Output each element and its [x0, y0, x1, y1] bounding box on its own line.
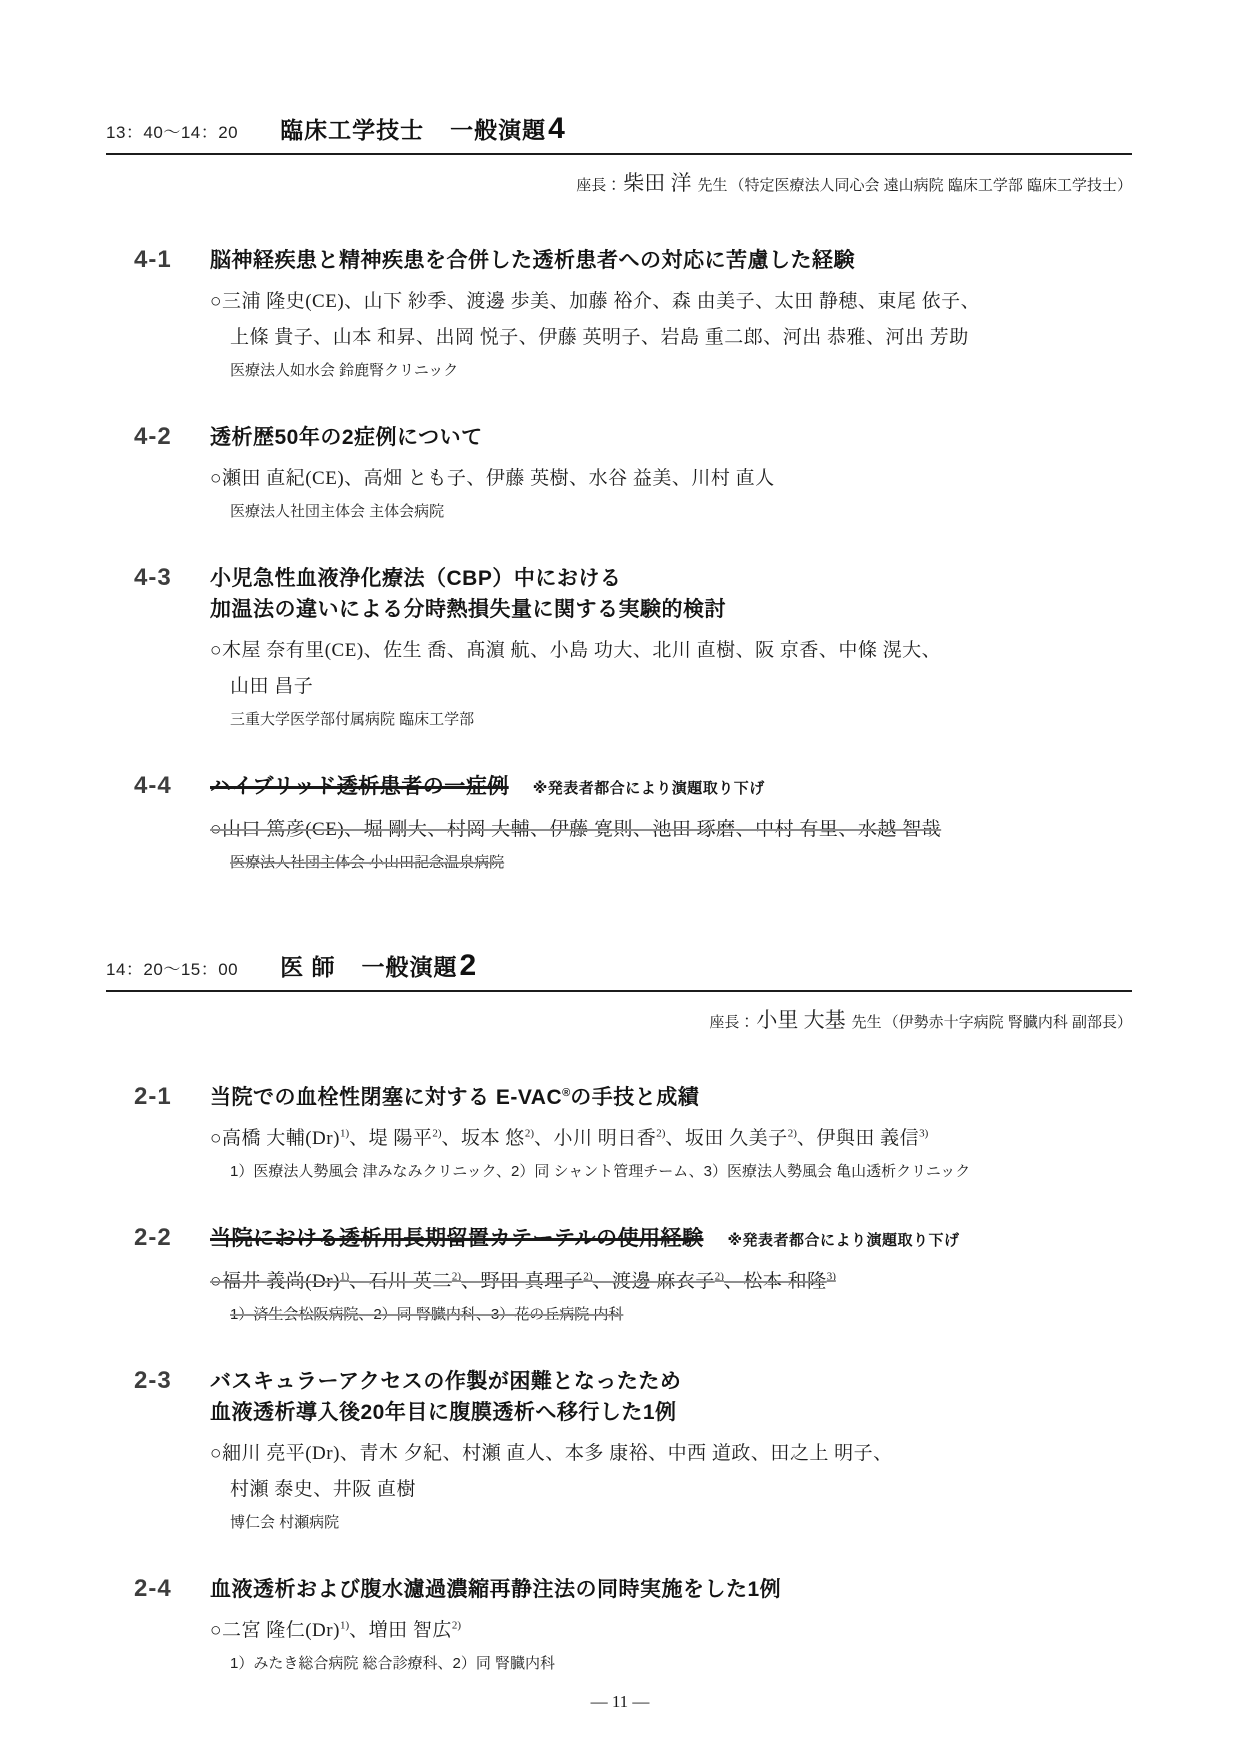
session-ce-general-4: 13：40～14：20 臨床工学技士一般演題4 座長：柴田 洋先生（特定医療法人…: [106, 112, 1132, 874]
affiliation: 医療法人社団主体会 主体会病院: [210, 501, 1132, 523]
title-text: 血液透析および腹水濾過濃縮再静注法の同時実施をした1例: [210, 1578, 781, 1601]
session-category: 医 師: [280, 954, 335, 980]
presentation-number: 4-3: [134, 563, 210, 731]
author-line: ○瀬田 直紀(CE)、高畑 とも子、伊藤 英樹、水谷 益美、川村 直人: [210, 461, 1132, 497]
affiliation: 1）みたき総合病院 総合診療科、2）同 腎臓内科: [210, 1653, 1132, 1675]
presentation-title: 当院での血栓性閉塞に対する E-VAC®の手技と成績: [210, 1082, 1132, 1113]
chair-name: 小里 大基: [756, 1008, 845, 1032]
presentation-body: バスキュラーアクセスの作製が困難となったため 血液透析導入後20年目に腹膜透析へ…: [210, 1366, 1132, 1534]
presentation-body: ハイブリッド透析患者の一症例※発表者都合により演題取り下げ ○山口 篤彦(CE)…: [210, 771, 1132, 874]
session-header: 13：40～14：20 臨床工学技士一般演題4: [106, 112, 1132, 146]
presentation-title: 血液透析導入後20年目に腹膜透析へ移行した1例: [210, 1397, 1132, 1428]
author-line: 村瀬 泰史、井阪 直樹: [210, 1472, 1132, 1508]
affiliation-struck: 医療法人社団主体会 小山田記念温泉病院: [210, 852, 1132, 874]
presentation-4-4-withdrawn: 4-4 ハイブリッド透析患者の一症例※発表者都合により演題取り下げ ○山口 篤彦…: [134, 771, 1132, 874]
affiliation: 三重大学医学部付属病院 臨床工学部: [210, 709, 1132, 731]
presentation-2-2-withdrawn: 2-2 当院における透析用長期留置カテーテルの使用経験※発表者都合により演題取り…: [134, 1223, 1132, 1326]
presentation-number: 2-3: [134, 1366, 210, 1534]
presentation-title: 脳神経疾患と精神疾患を合併した透析患者への対応に苦慮した経験: [210, 245, 1132, 276]
author-line: ○三浦 隆史(CE)、山下 紗季、渡邊 歩美、加藤 裕介、森 由美子、太田 静穂…: [210, 284, 1132, 320]
chair-line: 座長：柴田 洋先生（特定医療法人同心会 遠山病院 臨床工学部 臨床工学技士）: [106, 167, 1132, 197]
presentation-body: 小児急性血液浄化療法（CBP）中における 加温法の違いによる分時熱損失量に関する…: [210, 563, 1132, 731]
presentation-title: ハイブリッド透析患者の一症例※発表者都合により演題取り下げ: [210, 771, 1132, 804]
presentation-body: 脳神経疾患と精神疾患を合併した透析患者への対応に苦慮した経験 ○三浦 隆史(CE…: [210, 245, 1132, 382]
affiliation-struck: 1）済生会松阪病院、2）同 腎臓内科、3）花の丘病院 内科: [210, 1304, 1132, 1326]
title-text: 血液透析導入後20年目に腹膜透析へ移行した1例: [210, 1401, 677, 1424]
session-rule: [106, 990, 1132, 992]
page-number: — 11 —: [0, 1692, 1240, 1712]
author-line: ○二宮 隆仁(Dr)1)、増田 智広2): [210, 1613, 1132, 1649]
presentation-2-3: 2-3 バスキュラーアクセスの作製が困難となったため 血液透析導入後20年目に腹…: [134, 1366, 1132, 1534]
title-text-struck: 当院における透析用長期留置カテーテルの使用経験: [210, 1227, 703, 1250]
author-line: ○高橋 大輔(Dr)1)、堤 陽平2)、坂本 悠2)、小川 明日香2)、坂田 久…: [210, 1121, 1132, 1157]
author-line-struck: ○山口 篤彦(CE)、堀 剛大、村岡 大輔、伊藤 寛則、池田 琢磨、中村 有里、…: [210, 812, 1132, 848]
presentation-number: 4-2: [134, 422, 210, 523]
presentation-number: 4-4: [134, 771, 210, 874]
title-text: 小児急性血液浄化療法（CBP）中における: [210, 567, 621, 590]
presentation-body: 透析歴50年の2症例について ○瀬田 直紀(CE)、高畑 とも子、伊藤 英樹、水…: [210, 422, 1132, 523]
session-series-number: 4: [548, 112, 566, 145]
session-series-number: 2: [460, 949, 478, 982]
title-text: 脳神経疾患と精神疾患を合併した透析患者への対応に苦慮した経験: [210, 249, 855, 272]
session-time: 13：40～14：20: [106, 118, 238, 143]
presentation-title: 小児急性血液浄化療法（CBP）中における: [210, 563, 1132, 594]
session-doctor-general-2: 14：20～15：00 医 師一般演題2 座長：小里 大基先生（伊勢赤十字病院 …: [106, 949, 1132, 1675]
presentation-title: 当院における透析用長期留置カテーテルの使用経験※発表者都合により演題取り下げ: [210, 1223, 1132, 1256]
session-time: 14：20～15：00: [106, 955, 238, 980]
author-line: ○木屋 奈有里(CE)、佐生 喬、髙濵 航、小島 功大、北川 直樹、阪 京香、中…: [210, 633, 1132, 669]
presentation-body: 当院での血栓性閉塞に対する E-VAC®の手技と成績 ○高橋 大輔(Dr)1)、…: [210, 1082, 1132, 1183]
author-block: ○瀬田 直紀(CE)、高畑 とも子、伊藤 英樹、水谷 益美、川村 直人: [210, 461, 1132, 497]
presentation-list: 2-1 当院での血栓性閉塞に対する E-VAC®の手技と成績 ○高橋 大輔(Dr…: [106, 1082, 1132, 1675]
presentation-4-3: 4-3 小児急性血液浄化療法（CBP）中における 加温法の違いによる分時熱損失量…: [134, 563, 1132, 731]
author-line: ○細川 亮平(Dr)、青木 夕紀、村瀬 直人、本多 康裕、中西 道政、田之上 明…: [210, 1436, 1132, 1472]
chair-affiliation: （特定医療法人同心会 遠山病院 臨床工学部 臨床工学技士）: [729, 177, 1132, 194]
title-text: 当院での血栓性閉塞に対する E-VAC®の手技と成績: [210, 1086, 699, 1109]
session-category: 臨床工学技士: [280, 117, 424, 143]
author-block: ○木屋 奈有里(CE)、佐生 喬、髙濵 航、小島 功大、北川 直樹、阪 京香、中…: [210, 633, 1132, 705]
session-header: 14：20～15：00 医 師一般演題2: [106, 949, 1132, 983]
presentation-title: 血液透析および腹水濾過濃縮再静注法の同時実施をした1例: [210, 1574, 1132, 1605]
presentation-number: 2-1: [134, 1082, 210, 1183]
withdrawal-note: ※発表者都合により演題取り下げ: [533, 780, 765, 797]
presentation-title: 透析歴50年の2症例について: [210, 422, 1132, 453]
title-text-struck: ハイブリッド透析患者の一症例: [210, 775, 509, 798]
title-text: 透析歴50年の2症例について: [210, 426, 483, 449]
presentation-body: 当院における透析用長期留置カテーテルの使用経験※発表者都合により演題取り下げ ○…: [210, 1223, 1132, 1326]
affiliation: 博仁会 村瀬病院: [210, 1512, 1132, 1534]
presentation-title: 加温法の違いによる分時熱損失量に関する実験的検討: [210, 594, 1132, 625]
session-series-label: 一般演題: [450, 117, 546, 143]
chair-label: 座長：: [576, 177, 621, 194]
presentation-list: 4-1 脳神経疾患と精神疾患を合併した透析患者への対応に苦慮した経験 ○三浦 隆…: [106, 245, 1132, 874]
author-line-struck: ○福井 義尚(Dr)1)、石川 英二2)、野田 真理子2)、渡邊 麻衣子2)、松…: [210, 1264, 1132, 1300]
session-series-label: 一般演題: [362, 954, 458, 980]
presentation-number: 2-4: [134, 1574, 210, 1675]
author-block: ○三浦 隆史(CE)、山下 紗季、渡邊 歩美、加藤 裕介、森 由美子、太田 静穂…: [210, 284, 1132, 356]
chair-name: 柴田 洋: [623, 171, 691, 195]
author-block: ○福井 義尚(Dr)1)、石川 英二2)、野田 真理子2)、渡邊 麻衣子2)、松…: [210, 1264, 1132, 1300]
presentation-body: 血液透析および腹水濾過濃縮再静注法の同時実施をした1例 ○二宮 隆仁(Dr)1)…: [210, 1574, 1132, 1675]
author-line: 上條 貴子、山本 和昇、出岡 悦子、伊藤 英明子、岩島 重二郎、河出 恭雅、河出…: [210, 320, 1132, 356]
presentation-title: バスキュラーアクセスの作製が困難となったため: [210, 1366, 1132, 1397]
withdrawal-note: ※発表者都合により演題取り下げ: [727, 1232, 959, 1249]
session-title: 医 師一般演題2: [280, 949, 477, 983]
presentation-4-1: 4-1 脳神経疾患と精神疾患を合併した透析患者への対応に苦慮した経験 ○三浦 隆…: [134, 245, 1132, 382]
affiliation: 1）医療法人勢風会 津みなみクリニック、2）同 シャント管理チーム、3）医療法人…: [210, 1161, 1132, 1183]
presentation-number: 4-1: [134, 245, 210, 382]
chair-label: 座長：: [709, 1014, 754, 1031]
session-rule: [106, 153, 1132, 155]
author-block: ○細川 亮平(Dr)、青木 夕紀、村瀬 直人、本多 康裕、中西 道政、田之上 明…: [210, 1436, 1132, 1508]
title-text: 加温法の違いによる分時熱損失量に関する実験的検討: [210, 598, 726, 621]
affiliation: 医療法人如水会 鈴鹿腎クリニック: [210, 360, 1132, 382]
presentation-4-2: 4-2 透析歴50年の2症例について ○瀬田 直紀(CE)、高畑 とも子、伊藤 …: [134, 422, 1132, 523]
title-text: バスキュラーアクセスの作製が困難となったため: [210, 1370, 681, 1393]
presentation-number: 2-2: [134, 1223, 210, 1326]
author-block: ○山口 篤彦(CE)、堀 剛大、村岡 大輔、伊藤 寛則、池田 琢磨、中村 有里、…: [210, 812, 1132, 848]
chair-honorific: 先生: [697, 177, 727, 194]
presentation-2-4: 2-4 血液透析および腹水濾過濃縮再静注法の同時実施をした1例 ○二宮 隆仁(D…: [134, 1574, 1132, 1675]
author-block: ○二宮 隆仁(Dr)1)、増田 智広2): [210, 1613, 1132, 1649]
session-title: 臨床工学技士一般演題4: [280, 112, 566, 146]
author-block: ○高橋 大輔(Dr)1)、堤 陽平2)、坂本 悠2)、小川 明日香2)、坂田 久…: [210, 1121, 1132, 1157]
chair-honorific: 先生: [852, 1014, 882, 1031]
program-page: 13：40～14：20 臨床工学技士一般演題4 座長：柴田 洋先生（特定医療法人…: [0, 0, 1240, 1754]
author-line: 山田 昌子: [210, 669, 1132, 705]
chair-line: 座長：小里 大基先生（伊勢赤十字病院 腎臓内科 副部長）: [106, 1004, 1132, 1034]
presentation-2-1: 2-1 当院での血栓性閉塞に対する E-VAC®の手技と成績 ○高橋 大輔(Dr…: [134, 1082, 1132, 1183]
chair-affiliation: （伊勢赤十字病院 腎臓内科 副部長）: [884, 1014, 1132, 1031]
